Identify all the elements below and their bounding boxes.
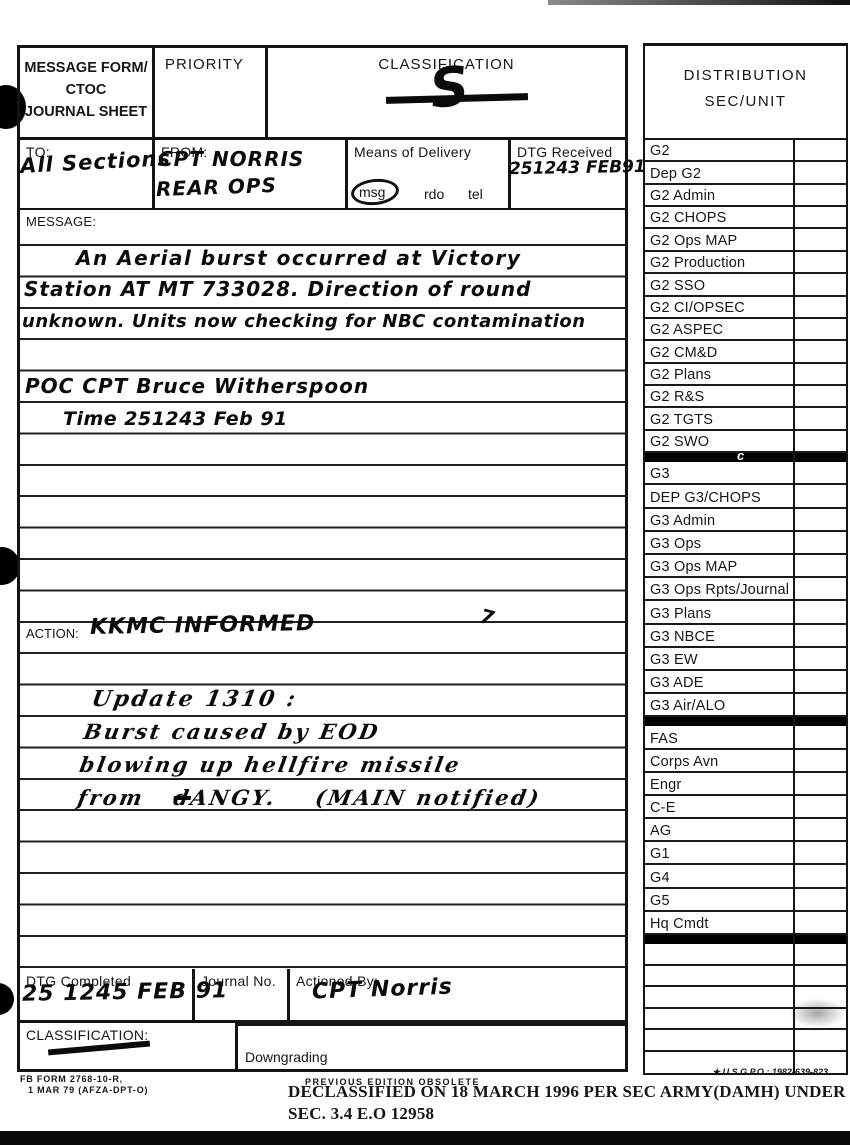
distribution-row: G2 CHOPS (645, 207, 846, 229)
distribution-row: G2 R&S (645, 386, 846, 408)
distribution-row: G2 CI/OPSEC (645, 297, 846, 319)
distribution-unit-label: Dep G2 (650, 166, 701, 182)
distribution-row: G3 Ops MAP (645, 555, 846, 578)
handwritten-message-time: Time 251243 Feb 91 (63, 408, 288, 430)
form-title-line: CTOC (20, 80, 152, 102)
distribution-empty-row (645, 966, 846, 988)
handwritten-update-line3: blowing up hellfire missile (78, 752, 464, 777)
scanned-journal-sheet: MESSAGE FORM/ CTOC JOURNAL SHEET PRIORIT… (0, 0, 850, 1145)
distribution-header-line: DISTRIBUTION (645, 63, 846, 89)
distribution-row: G3 EW (645, 648, 846, 671)
distribution-support-group: FAS Corps Avn Engr C-E AG (645, 726, 846, 935)
distribution-row: G2 TGTS (645, 408, 846, 430)
distribution-g3-group: G3 DEP G3/CHOPS G3 Admin G3 Ops G3 Ops M… (645, 462, 846, 717)
distribution-check-column-divider (793, 138, 795, 1075)
message-form: MESSAGE FORM/ CTOC JOURNAL SHEET PRIORIT… (17, 45, 628, 1072)
distribution-row: Hq Cmdt (645, 912, 846, 935)
handwritten-from-line1: CPT NORRIS (158, 147, 304, 171)
distribution-unit-label: Engr (650, 777, 681, 793)
distribution-unit-label: G3 Ops (650, 536, 701, 552)
distribution-unit-label: G2 SSO (650, 278, 705, 294)
distribution-row: G5 (645, 889, 846, 912)
update-line4-from: from (76, 785, 147, 810)
action-label: ACTION: (26, 626, 79, 641)
declassified-stamp-line1: DECLASSIFIED ON 18 MARCH 1996 PER SEC AR… (288, 1082, 846, 1102)
distribution-row: Engr (645, 773, 846, 796)
distribution-unit-label: G5 (650, 893, 670, 909)
distribution-unit-label: G1 (650, 846, 670, 862)
distribution-unit-label: G3 Admin (650, 513, 715, 529)
handwritten-classification-top: S (427, 54, 472, 121)
distribution-g2-group: G2 Dep G2 G2 Admin G2 CHOPS G2 Ops MAP (645, 140, 846, 453)
distribution-row: G3 Ops Rpts/Journal (645, 578, 846, 601)
distribution-unit-label: G2 (650, 143, 670, 159)
distribution-row: G2 SWO (645, 431, 846, 453)
distribution-row: G4 (645, 865, 846, 888)
distribution-row: G2 Production (645, 252, 846, 274)
distribution-unit-label: G3 Ops Rpts/Journal (650, 582, 789, 598)
distribution-row: C-E (645, 796, 846, 819)
distribution-unit-label: Corps Avn (650, 754, 718, 770)
downgrading-label: Downgrading (245, 1049, 328, 1065)
scan-bottom-bar (0, 1131, 850, 1145)
distribution-empty-row (645, 944, 846, 966)
distribution-unit-label: G2 CHOPS (650, 210, 727, 226)
distribution-row: DEP G3/CHOPS (645, 485, 846, 508)
form-header-row: MESSAGE FORM/ CTOC JOURNAL SHEET PRIORIT… (20, 48, 625, 140)
distribution-unit-label: G3 Air/ALO (650, 698, 725, 714)
distribution-empty-row (645, 987, 846, 1009)
distribution-unit-label: G2 SWO (650, 434, 709, 450)
distribution-row: G3 Plans (645, 601, 846, 624)
distribution-row: Dep G2 (645, 162, 846, 184)
handwritten-separator-mark: c (737, 448, 744, 463)
usgpo-print-code: ★ U.S.G.P.O.: 1982-639-823 (712, 1067, 828, 1078)
handwritten-from-line2: REAR OPS (156, 173, 278, 201)
distribution-header: DISTRIBUTION SEC/UNIT (645, 46, 846, 140)
distribution-empty-group (645, 944, 846, 1073)
message-label-row: MESSAGE: (20, 210, 625, 246)
declassified-stamp-line2: SEC. 3.4 E.O 12958 (288, 1104, 434, 1124)
distribution-row: G2 SSO (645, 274, 846, 296)
group-separator-bar (645, 935, 846, 944)
handwritten-message-line1: An Aerial burst occurred at Victory (76, 246, 521, 270)
handwritten-message-poc: POC CPT Bruce Witherspoon (25, 374, 369, 398)
form-id-line2: 1 MAR 79 (AFZA-DPT-O) (20, 1085, 148, 1096)
distribution-unit-label: G2 CM&D (650, 345, 717, 361)
update-line4-note: (MAIN notified) (314, 785, 544, 810)
distribution-unit-label: DEP G3/CHOPS (650, 490, 761, 506)
form-id-block: FB FORM 2768-10-R, 1 MAR 79 (AFZA-DPT-O) (20, 1074, 148, 1097)
distribution-unit-label: G3 Plans (650, 606, 711, 622)
distribution-unit-label: G4 (650, 870, 670, 886)
handwritten-message-line2: Station AT MT 733028. Direction of round (24, 277, 531, 301)
handwritten-message-line3: unknown. Units now checking for NBC cont… (22, 311, 586, 332)
distribution-row: FAS (645, 726, 846, 749)
distribution-unit-label: G3 Ops MAP (650, 559, 737, 575)
handwritten-actioned-by: CPT Norris (312, 975, 454, 1005)
distribution-row: G3 NBCE (645, 625, 846, 648)
distribution-unit-label: G3 ADE (650, 675, 704, 691)
update-line4-unit: ANGY. (189, 785, 279, 810)
distribution-row: Corps Avn (645, 750, 846, 773)
distribution-row: G2 CM&D (645, 341, 846, 363)
distribution-table: DISTRIBUTION SEC/UNIT G2 Dep G2 G2 Admin… (643, 43, 848, 1075)
scan-edge-artifact (548, 0, 850, 5)
distribution-unit-label: G3 NBCE (650, 629, 715, 645)
distribution-row: AG (645, 819, 846, 842)
handwritten-update-line2: Burst caused by EOD (82, 719, 382, 744)
distribution-unit-label: G2 R&S (650, 389, 704, 405)
distribution-row: G3 Air/ALO (645, 694, 846, 717)
means-of-delivery-label: Means of Delivery (348, 140, 508, 164)
distribution-unit-label: FAS (650, 731, 678, 747)
delivery-option-tel: tel (468, 186, 483, 202)
distribution-row: G1 (645, 842, 846, 865)
distribution-row: G2 (645, 140, 846, 162)
distribution-unit-label: G2 CI/OPSEC (650, 300, 745, 316)
priority-cell: PRIORITY (155, 48, 268, 137)
distribution-unit-label: G2 Admin (650, 188, 715, 204)
distribution-unit-label: G2 Ops MAP (650, 233, 737, 249)
priority-label: PRIORITY (165, 56, 244, 73)
form-title-line: JOURNAL SHEET (20, 102, 152, 124)
distribution-row: G3 (645, 462, 846, 485)
distribution-header-line: SEC/UNIT (645, 89, 846, 115)
distribution-row: G3 ADE (645, 671, 846, 694)
distribution-unit-label: G2 Production (650, 255, 745, 271)
hole-punch-mark (0, 983, 14, 1015)
ruled-writing-area (20, 246, 625, 969)
handwritten-dtg-completed: 25 1245 FEB 91 (22, 978, 229, 1007)
distribution-empty-row (645, 1009, 846, 1031)
distribution-row: G2 Admin (645, 185, 846, 207)
form-title-cell: MESSAGE FORM/ CTOC JOURNAL SHEET (20, 48, 155, 137)
distribution-row: G2 Ops MAP (645, 229, 846, 251)
distribution-row: G3 Admin (645, 509, 846, 532)
group-separator-bar (645, 717, 846, 726)
distribution-row: G2 Plans (645, 364, 846, 386)
distribution-unit-label: G2 ASPEC (650, 322, 723, 338)
distribution-unit-label: AG (650, 823, 671, 839)
distribution-unit-label: G3 (650, 466, 670, 482)
form-title-line: MESSAGE FORM/ (20, 58, 152, 80)
distribution-unit-label: Hq Cmdt (650, 916, 709, 932)
handwritten-action-value: KKMC INFORMED (90, 611, 316, 640)
handwritten-dtg-received: 251243 FEB91 (509, 157, 646, 179)
form-id-line1: FB FORM 2768-10-R, (20, 1074, 148, 1085)
distribution-unit-label: C-E (650, 800, 676, 816)
delivery-option-rdo: rdo (424, 186, 444, 202)
distribution-row: G3 Ops (645, 532, 846, 555)
handwritten-update-line1: Update 1310 : (90, 686, 300, 712)
message-label: MESSAGE: (20, 210, 625, 233)
handwritten-update-line4: from dANGY. (MAIN notified) (76, 785, 543, 810)
distribution-row: G2 ASPEC (645, 319, 846, 341)
distribution-empty-row (645, 1030, 846, 1052)
distribution-unit-label: G3 EW (650, 652, 698, 668)
group-separator-bar: c (645, 453, 846, 462)
distribution-unit-label: G2 Plans (650, 367, 711, 383)
distribution-unit-label: G2 TGTS (650, 412, 713, 428)
